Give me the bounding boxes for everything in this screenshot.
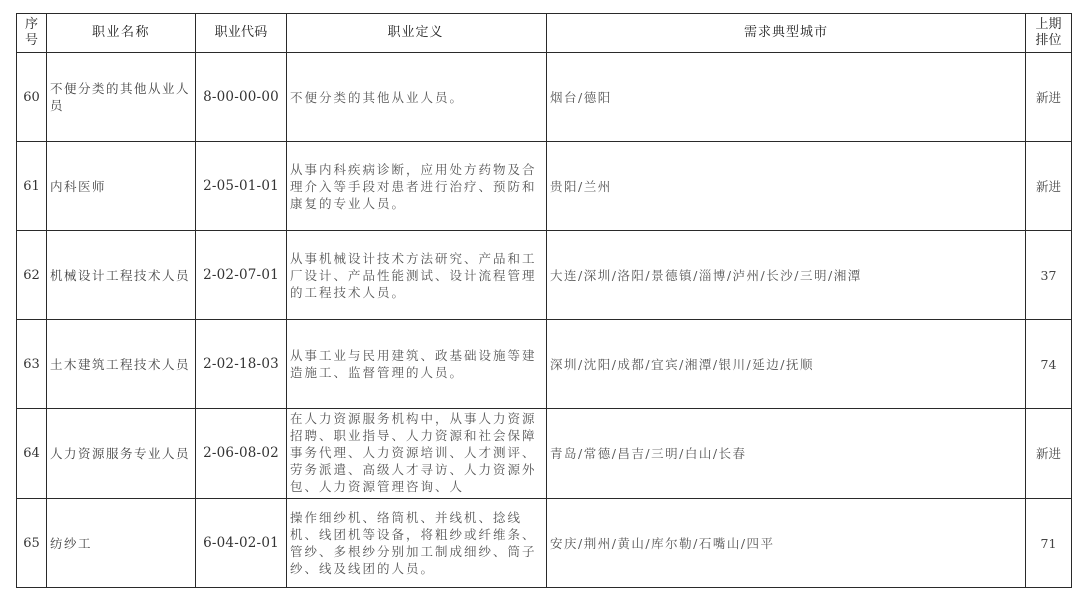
cell-no: 65: [17, 499, 47, 588]
cell-cities: 深圳/沈阳/成都/宜宾/湘潭/银川/延边/抚顺: [547, 320, 1026, 409]
cell-no: 64: [17, 409, 47, 499]
definition-text: 在人力资源服务机构中，从事人力资源招聘、职业指导、人力资源和社会保障事务代理、人…: [290, 410, 544, 495]
cell-name: 纺纱工: [47, 499, 196, 588]
cell-name: 不便分类的其他从业人员: [47, 53, 196, 142]
definition-text: 从事机械设计技术方法研究、产品和工厂设计、产品性能测试、设计流程管理的工程技术人…: [290, 250, 544, 301]
definition-text: 从事内科疾病诊断，应用处方药物及合理介入等手段对患者进行治疗、预防和康复的专业人…: [290, 161, 544, 212]
header-cities: 需求典型城市: [547, 14, 1026, 53]
table-row: 65 纺纱工 6-04-02-01 操作细纱机、络筒机、并线机、捻线机、线团机等…: [17, 499, 1072, 588]
definition-text: 从事工业与民用建筑、政基础设施等建造施工、监督管理的人员。: [290, 347, 544, 381]
header-code: 职业代码: [196, 14, 287, 53]
cell-code: 8-00-00-00: [196, 53, 287, 142]
cell-no: 62: [17, 231, 47, 320]
header-no: 序 号: [17, 14, 47, 53]
cell-definition: 从事内科疾病诊断，应用处方药物及合理介入等手段对患者进行治疗、预防和康复的专业人…: [287, 142, 547, 231]
cell-code: 2-02-18-03: [196, 320, 287, 409]
cell-prev-rank: 新进: [1026, 409, 1072, 499]
cell-prev-rank: 新进: [1026, 142, 1072, 231]
cell-prev-rank: 74: [1026, 320, 1072, 409]
cell-prev-rank: 71: [1026, 499, 1072, 588]
cell-definition: 从事工业与民用建筑、政基础设施等建造施工、监督管理的人员。: [287, 320, 547, 409]
table-row: 62 机械设计工程技术人员 2-02-07-01 从事机械设计技术方法研究、产品…: [17, 231, 1072, 320]
cell-cities: 安庆/荆州/黄山/库尔勒/石嘴山/四平: [547, 499, 1026, 588]
cell-code: 2-05-01-01: [196, 142, 287, 231]
header-prev-rank-line2: 排位: [1026, 33, 1071, 49]
cell-cities: 烟台/德阳: [547, 53, 1026, 142]
cell-no: 61: [17, 142, 47, 231]
cell-name: 内科医师: [47, 142, 196, 231]
cell-definition: 从事机械设计技术方法研究、产品和工厂设计、产品性能测试、设计流程管理的工程技术人…: [287, 231, 547, 320]
table-header: 序 号 职业名称 职业代码 职业定义 需求典型城市 上期 排位: [17, 14, 1072, 53]
cell-code: 2-02-07-01: [196, 231, 287, 320]
header-name: 职业名称: [47, 14, 196, 53]
definition-text: 不便分类的其他从业人员。: [290, 89, 544, 106]
header-prev-rank-line1: 上期: [1026, 17, 1071, 33]
table-row: 63 土木建筑工程技术人员 2-02-18-03 从事工业与民用建筑、政基础设施…: [17, 320, 1072, 409]
header-row: 序 号 职业名称 职业代码 职业定义 需求典型城市 上期 排位: [17, 14, 1072, 53]
header-prev-rank: 上期 排位: [1026, 14, 1072, 53]
cell-code: 6-04-02-01: [196, 499, 287, 588]
table-row: 61 内科医师 2-05-01-01 从事内科疾病诊断，应用处方药物及合理介入等…: [17, 142, 1072, 231]
cell-definition: 不便分类的其他从业人员。: [287, 53, 547, 142]
table-row: 60 不便分类的其他从业人员 8-00-00-00 不便分类的其他从业人员。 烟…: [17, 53, 1072, 142]
cell-name: 人力资源服务专业人员: [47, 409, 196, 499]
cell-cities: 大连/深圳/洛阳/景德镇/淄博/泸州/长沙/三明/湘潭: [547, 231, 1026, 320]
table-body: 60 不便分类的其他从业人员 8-00-00-00 不便分类的其他从业人员。 烟…: [17, 53, 1072, 588]
header-no-line1: 序: [17, 17, 46, 33]
cell-name: 土木建筑工程技术人员: [47, 320, 196, 409]
occupation-table: 序 号 职业名称 职业代码 职业定义 需求典型城市 上期 排位 60 不便分类的…: [16, 13, 1072, 588]
cell-no: 60: [17, 53, 47, 142]
table-row: 64 人力资源服务专业人员 2-06-08-02 在人力资源服务机构中，从事人力…: [17, 409, 1072, 499]
cell-cities: 青岛/常德/昌吉/三明/白山/长春: [547, 409, 1026, 499]
cell-definition: 操作细纱机、络筒机、并线机、捻线机、线团机等设备，将粗纱或纤维条、管纱、多根纱分…: [287, 499, 547, 588]
header-no-line2: 号: [17, 33, 46, 49]
cell-code: 2-06-08-02: [196, 409, 287, 499]
cell-cities: 贵阳/兰州: [547, 142, 1026, 231]
cell-prev-rank: 37: [1026, 231, 1072, 320]
header-definition: 职业定义: [287, 14, 547, 53]
cell-name: 机械设计工程技术人员: [47, 231, 196, 320]
definition-text: 操作细纱机、络筒机、并线机、捻线机、线团机等设备，将粗纱或纤维条、管纱、多根纱分…: [290, 509, 544, 577]
cell-prev-rank: 新进: [1026, 53, 1072, 142]
cell-definition: 在人力资源服务机构中，从事人力资源招聘、职业指导、人力资源和社会保障事务代理、人…: [287, 409, 547, 499]
cell-no: 63: [17, 320, 47, 409]
